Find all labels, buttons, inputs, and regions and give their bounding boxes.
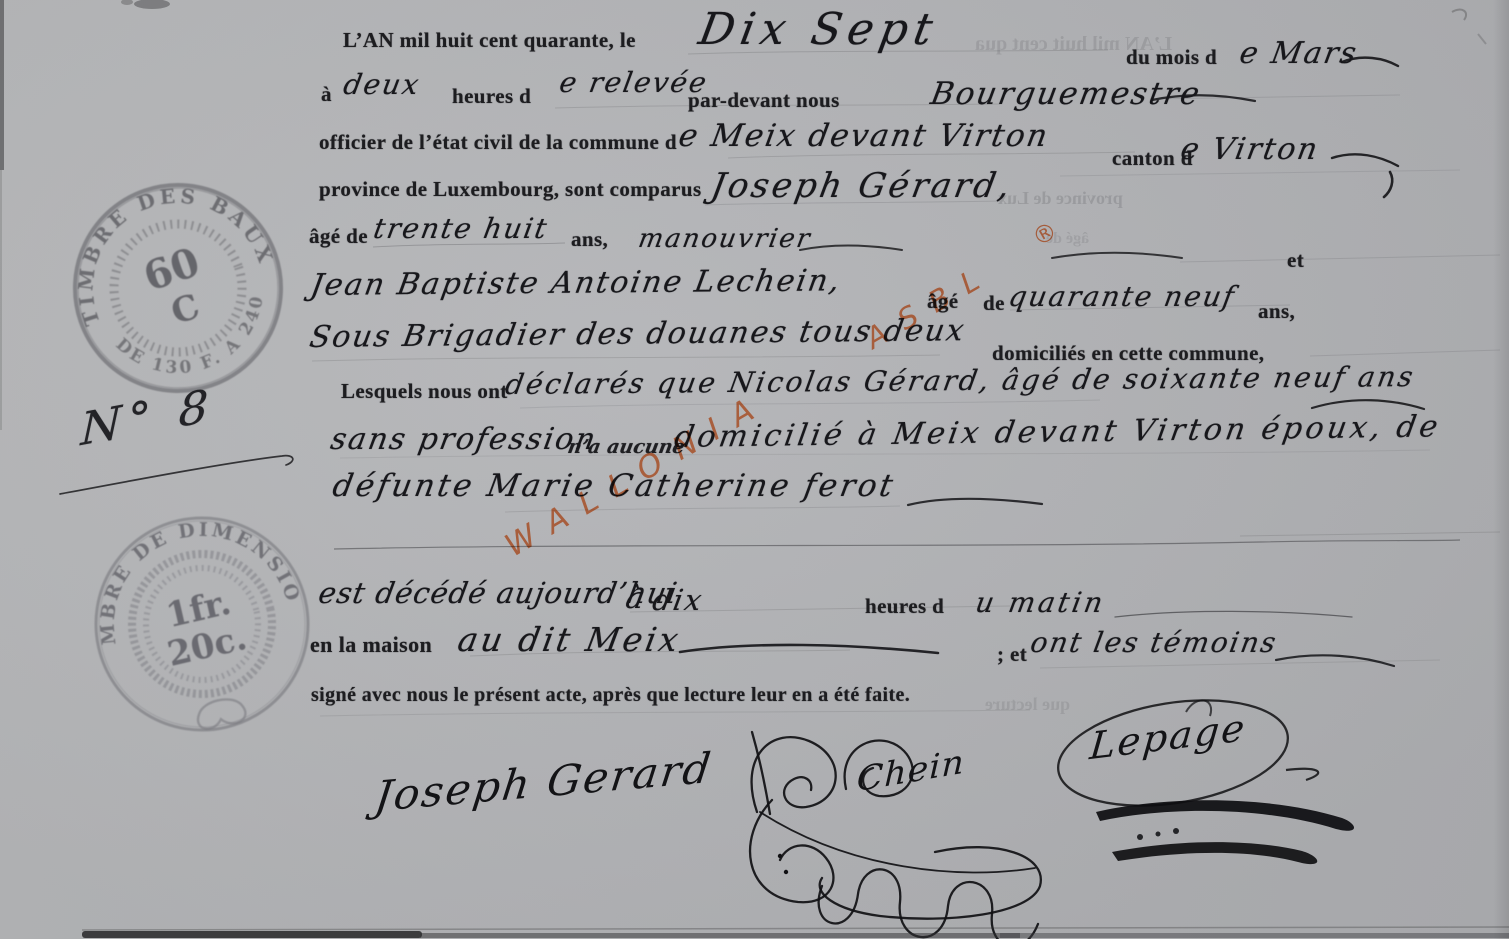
signature-witness: Chein bbox=[856, 742, 966, 800]
stamp-baux-currency: C bbox=[166, 286, 205, 333]
printed-before-us-label: par-devant nous bbox=[688, 88, 840, 113]
fiscal-stamp-baux: TIMBRE DES BAUX DE 130 F. A 240 60 C bbox=[64, 174, 292, 402]
handwritten-commune: e Meix devant Virton bbox=[676, 118, 1052, 154]
printed-province-label: province de Luxembourg, sont comparus bbox=[319, 177, 702, 202]
handwritten-declaration: déclarés que Nicolas Gérard, âgé de soix… bbox=[503, 360, 1418, 401]
handwritten-day: Dix Sept bbox=[695, 4, 942, 55]
printed-commune-label: officier de l’état civil de la commune d bbox=[319, 130, 677, 155]
bleedthrough-text: que lecture bbox=[985, 694, 1070, 715]
handwritten-month: e Mars bbox=[1237, 36, 1361, 71]
handwritten-canton: e Virton bbox=[1178, 132, 1322, 167]
scan-shadow-right bbox=[1493, 0, 1509, 939]
handwritten-death-place: au dit Meix bbox=[455, 620, 684, 659]
handwritten-death-hour: dix bbox=[650, 583, 706, 617]
printed-year-label: L’AN mil huit cent quarante, le bbox=[343, 28, 636, 53]
printed-hours-label: heures d bbox=[865, 594, 944, 619]
printed-at-label: à bbox=[321, 82, 332, 107]
signature-declarant: Joseph Gerard bbox=[372, 743, 715, 821]
printed-and-label: ; et bbox=[997, 642, 1027, 667]
printed-age-label: âgé de bbox=[309, 224, 368, 249]
printed-years-label: ans, bbox=[1258, 299, 1295, 324]
handwritten-declarant-name: Joseph Gérard, bbox=[708, 166, 1016, 206]
handwritten-declarant-age: trente huit bbox=[371, 212, 551, 245]
handwritten-morning: u matin bbox=[973, 586, 1108, 619]
handwritten-deceased-domicile: domicilié à Meix devant Virton époux, de bbox=[672, 409, 1444, 455]
bleedthrough-text: province de Lux bbox=[998, 188, 1123, 209]
stamp-baux-value: 60 bbox=[138, 238, 206, 301]
handwritten-deceased-profession: sans profession bbox=[328, 422, 600, 457]
handwritten-officer-title: Bourguemestre bbox=[928, 76, 1204, 112]
fiscal-stamp-dimension: TIMBRE DE DIMENSION. 1fr. 20c. bbox=[86, 508, 318, 740]
printed-declaration-label: Lesquels nous ont bbox=[341, 379, 508, 404]
printed-month-label: du mois d bbox=[1126, 45, 1217, 70]
handwritten-declarant-profession: manouvrier bbox=[636, 224, 814, 254]
handwritten-witnesses-mention: ont les témoins bbox=[1028, 626, 1280, 659]
printed-and-label: et bbox=[1287, 248, 1304, 273]
printed-of-label: de bbox=[983, 291, 1005, 316]
printed-closing-formula: signé avec nous le présent acte, après q… bbox=[311, 684, 910, 707]
printed-house-label: en la maison bbox=[310, 632, 432, 658]
printed-hours-label: heures d bbox=[452, 84, 531, 109]
registered-trademark-icon: ® bbox=[1027, 216, 1062, 252]
handwritten-witness-age: quarante neuf bbox=[1006, 280, 1238, 313]
scanned-death-record: TIMBRE DES BAUX DE 130 F. A 240 60 C TIM… bbox=[0, 0, 1509, 939]
handwritten-hour: deux bbox=[341, 68, 423, 101]
signature-officer: Lepage bbox=[1088, 706, 1248, 768]
handwritten-witness-name: Jean Baptiste Antoine Lechein, bbox=[308, 263, 844, 303]
printed-years-label: ans, bbox=[571, 227, 608, 252]
